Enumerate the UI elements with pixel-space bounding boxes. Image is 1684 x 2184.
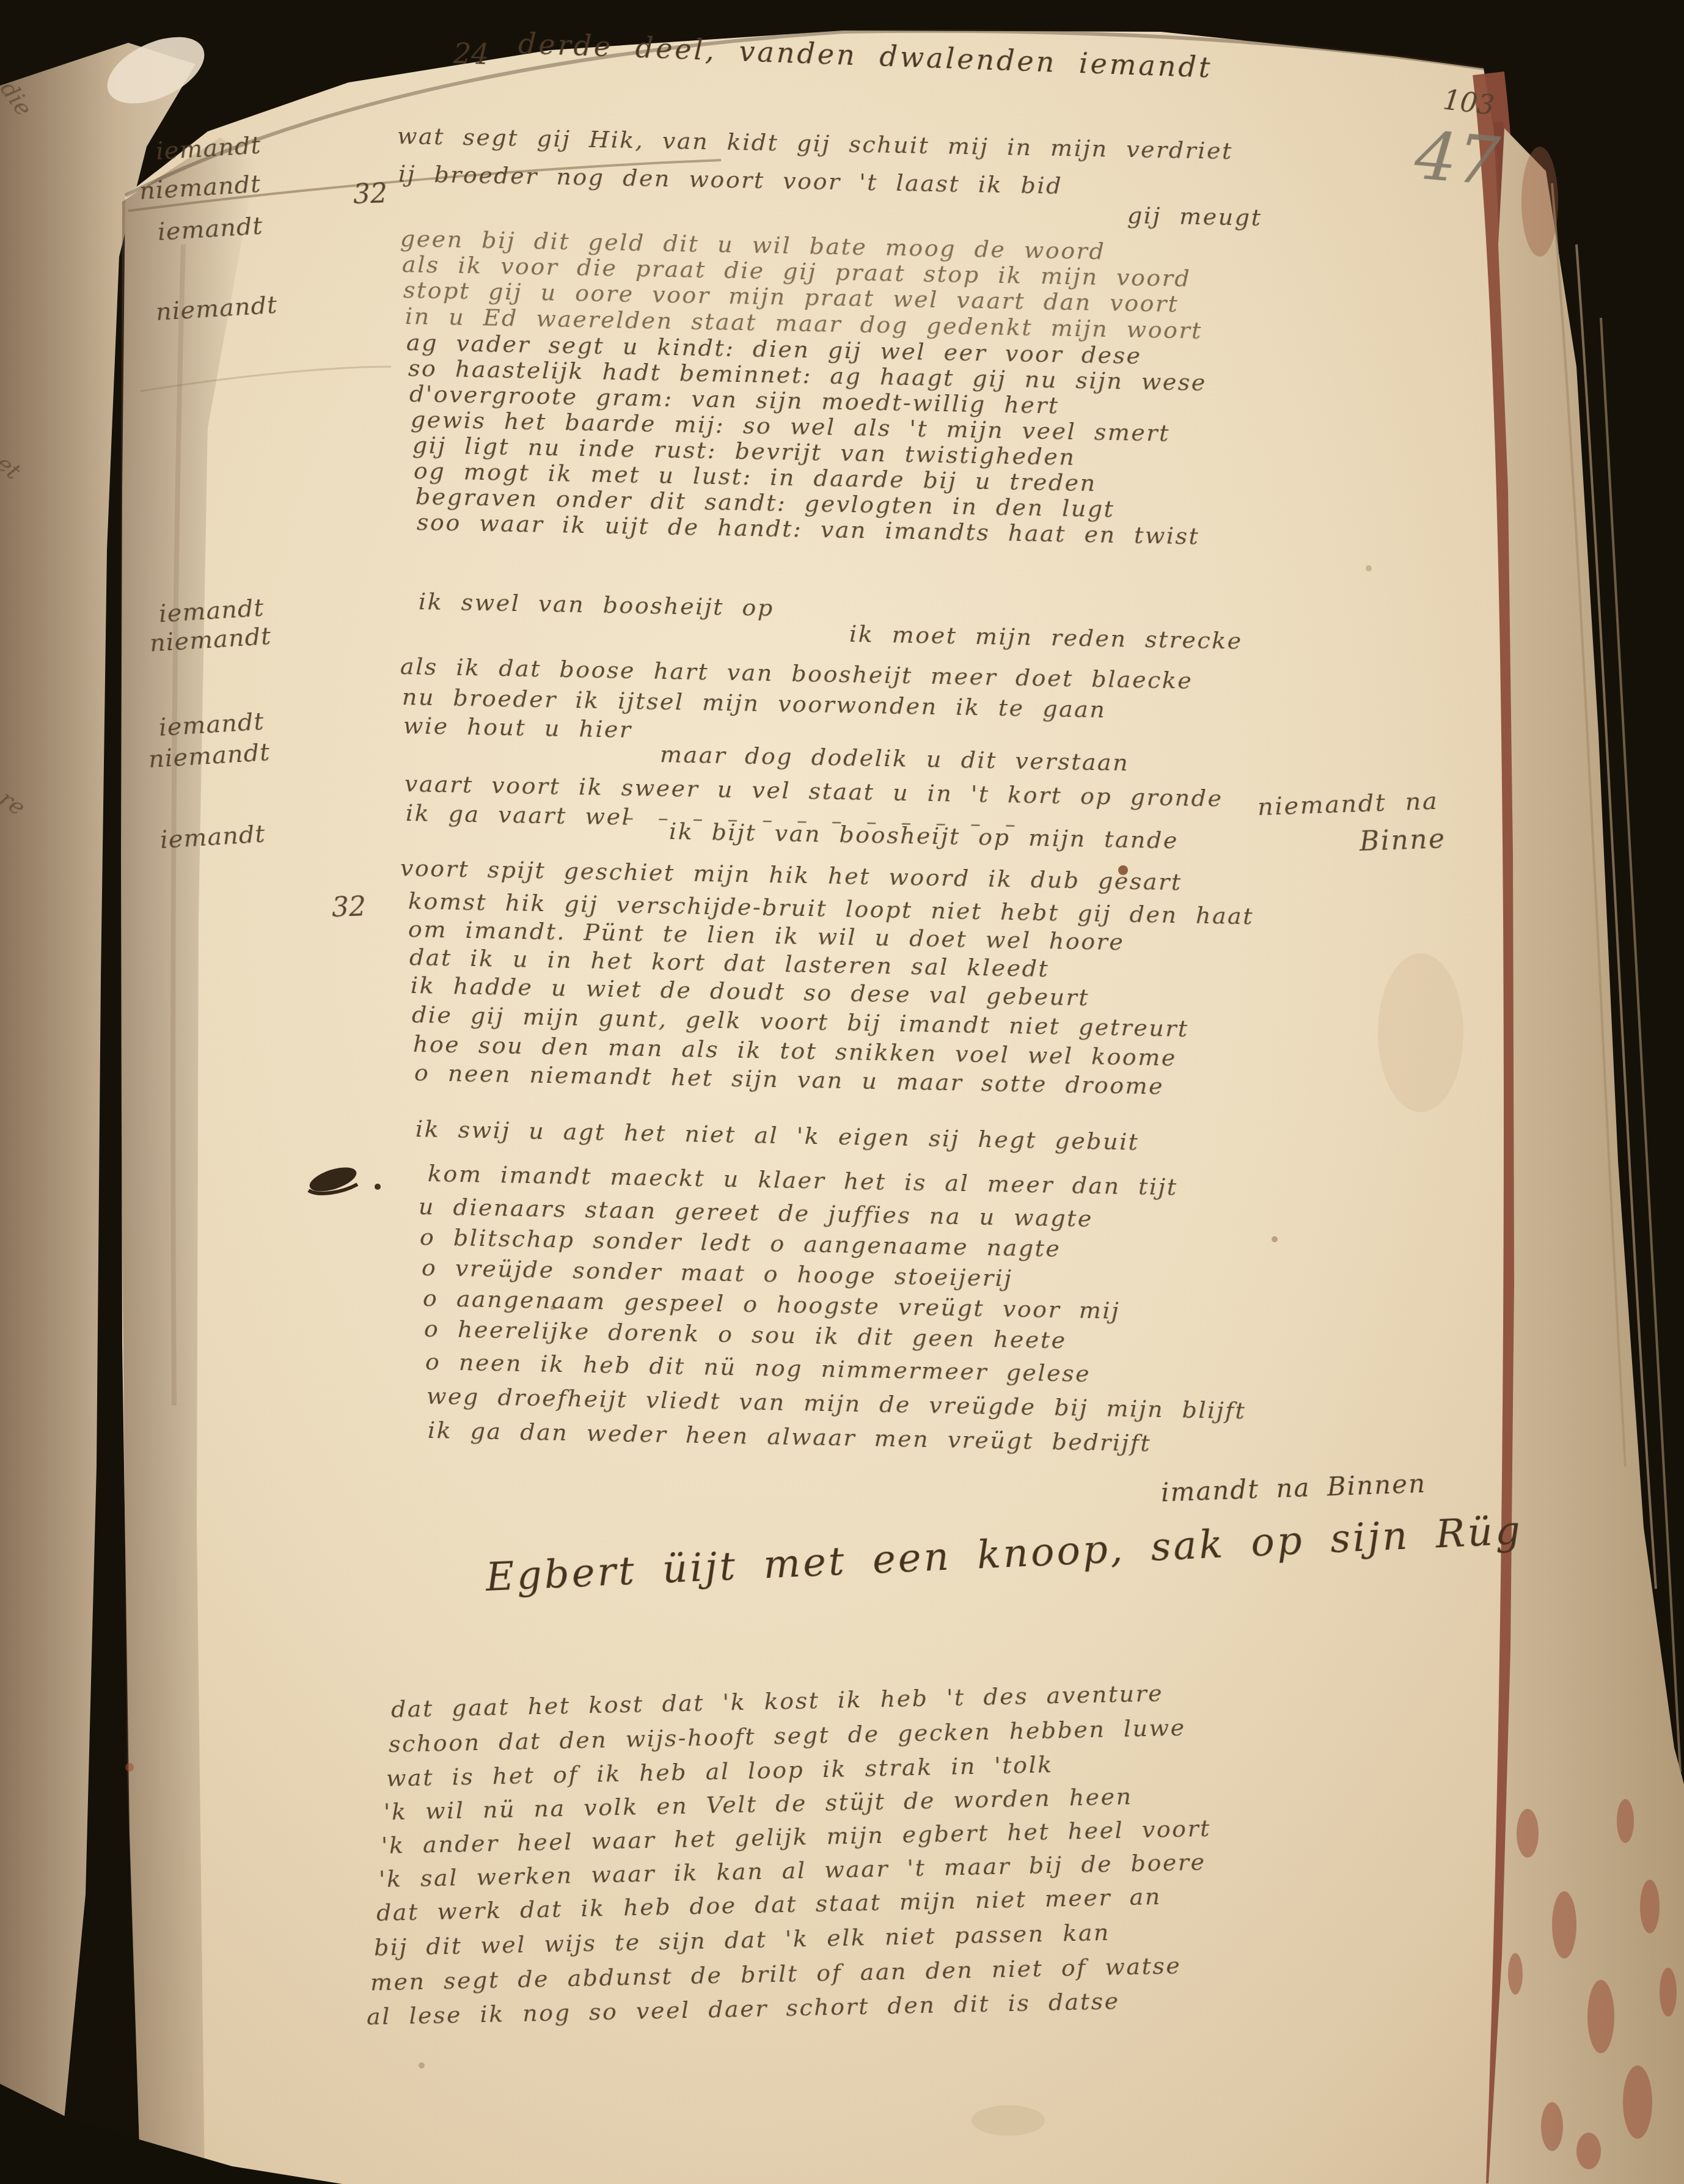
manuscript-line: ij broeder nog den woort voor 't laast i… xyxy=(398,160,1063,199)
folio-number-pencil: 47 xyxy=(1412,117,1503,201)
folio-number-ink: 103 xyxy=(1441,84,1496,122)
manuscript-line: niemandt na xyxy=(1257,787,1439,821)
manuscript-line: ik moet mijn reden strecke xyxy=(849,620,1243,654)
left-page-mark: die xyxy=(0,76,38,121)
manuscript-photo: 24 derde deel, vanden dwalenden iemandt … xyxy=(0,0,1684,2184)
margin-speaker-label: iemandt xyxy=(158,708,265,742)
stage-direction: imandt na Binnen xyxy=(1160,1468,1427,1508)
scene-number: 32 xyxy=(331,891,367,923)
manuscript-line: Binne xyxy=(1359,823,1446,857)
left-page-mark: re xyxy=(0,785,31,821)
handwriting-layer: 24 derde deel, vanden dwalenden iemandt … xyxy=(0,0,1684,2184)
manuscript-line: wat is het of ik heb al loop ik strak in… xyxy=(386,1751,1054,1792)
margin-speaker-label: iemandt xyxy=(157,212,264,246)
manuscript-line: ik ga dan weder heen alwaar men vreügt b… xyxy=(428,1416,1152,1457)
stage-direction: Egbert üijt met een knoop, sak op sijn R… xyxy=(485,1508,1523,1600)
manuscript-line: o neen ik heb dit nü nog nimmermeer gele… xyxy=(425,1348,1091,1387)
manuscript-line: wat segt gij Hik, van kidt gij schuit mi… xyxy=(397,122,1233,164)
manuscript-line: ik swij u agt het niet al 'k eigen sij h… xyxy=(416,1115,1140,1156)
manuscript-line: weg droefheijt vliedt van mijn de vreügd… xyxy=(426,1382,1247,1424)
margin-speaker-label: iemandt xyxy=(159,820,266,854)
scene-number: 32 xyxy=(353,178,388,210)
running-title: derde deel, vanden dwalenden iemandt xyxy=(518,27,1213,84)
margin-speaker-label: niemandt xyxy=(155,291,279,326)
manuscript-line: bij dit wel wijs te sijn dat 'k elk niet… xyxy=(374,1919,1111,1961)
manuscript-line: ik swel van boosheijt op xyxy=(419,588,774,621)
manuscript-line: schoon dat den wijs-hooft segt de gecken… xyxy=(389,1714,1186,1757)
left-page-mark: et xyxy=(0,449,26,485)
manuscript-line: kom imandt maeckt u klaer het is al meer… xyxy=(428,1160,1178,1200)
manuscript-line: ik ga vaart wel xyxy=(406,799,631,830)
manuscript-line: ik bijt van boosheijt op mijn tande xyxy=(669,818,1179,854)
manuscript-line: wie hout u hier xyxy=(403,712,633,743)
quire-number: 24 xyxy=(453,37,489,71)
margin-speaker-label: iemandt xyxy=(155,131,262,166)
manuscript-line: maar dog dodelik u dit verstaan xyxy=(660,741,1130,776)
margin-speaker-label: niemandt xyxy=(139,170,262,205)
margin-speaker-label: niemandt xyxy=(148,738,271,774)
manuscript-line: gij meugt xyxy=(1127,202,1262,231)
manuscript-line: al lese ik nog so veel daer schort den d… xyxy=(367,1987,1120,2030)
